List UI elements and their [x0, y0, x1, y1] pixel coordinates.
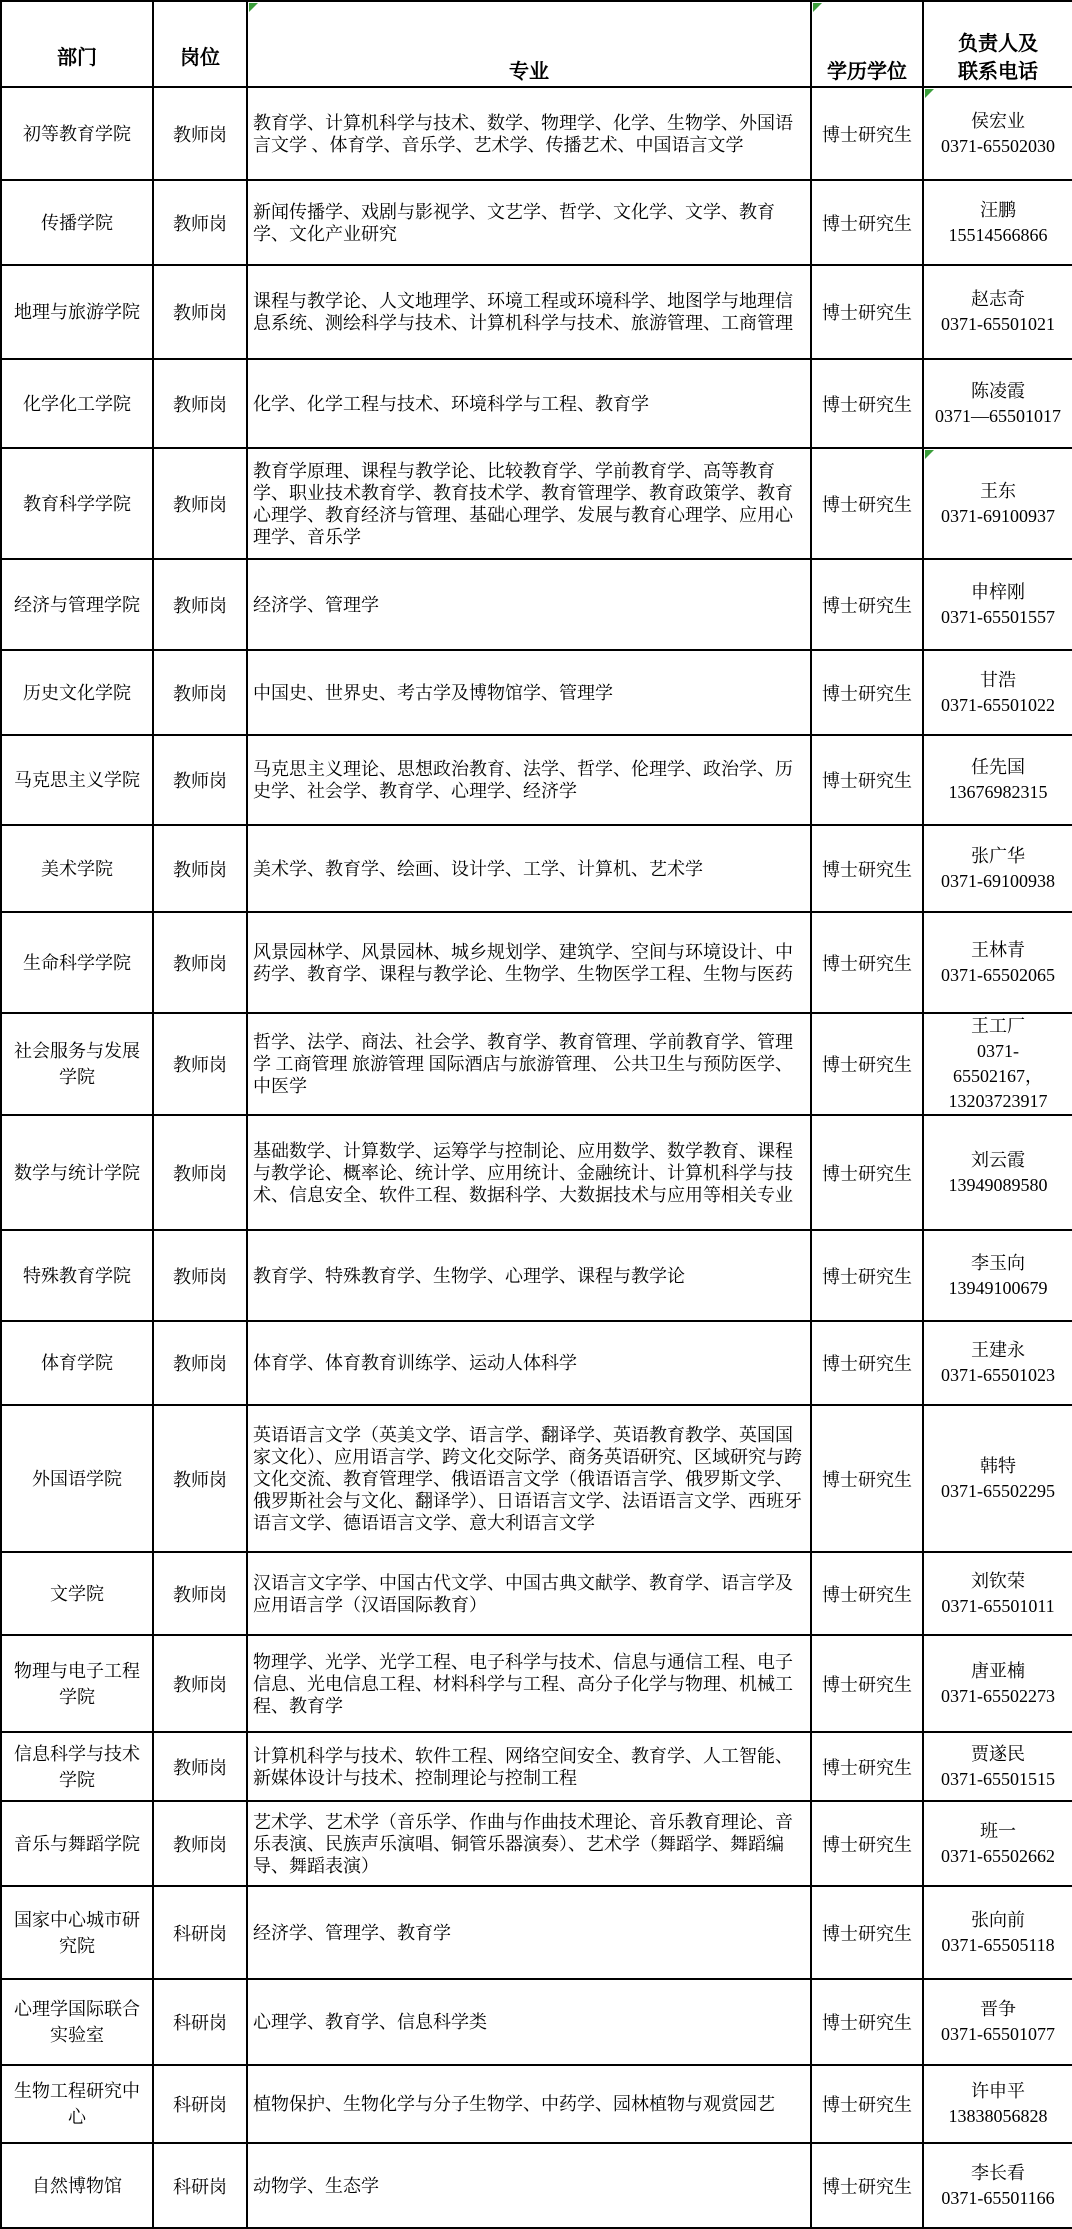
position-cell: 教师岗 [153, 1552, 247, 1635]
table-row: 历史文化学院教师岗中国史、世界史、考古学及博物馆学、管理学博士研究生甘浩 037… [1, 650, 1072, 735]
contact-cell: 唐亚楠 0371-65502273 [923, 1635, 1072, 1732]
recruitment-table: 部门 岗位 专业 学历学位 负责人及 联系电话 初等教育学院教师岗教育学、计算机… [0, 0, 1072, 2229]
department-cell: 数学与统计学院 [1, 1115, 153, 1230]
contact-cell: 赵志奇 0371-65501021 [923, 265, 1072, 359]
excel-error-indicator-icon [249, 3, 258, 12]
department-cell: 生物工程研究中 心 [1, 2065, 153, 2143]
position-cell: 科研岗 [153, 2143, 247, 2228]
position-cell: 教师岗 [153, 1732, 247, 1801]
position-cell: 教师岗 [153, 448, 247, 559]
department-cell: 外国语学院 [1, 1405, 153, 1552]
department-cell: 化学化工学院 [1, 359, 153, 448]
degree-cell: 博士研究生 [811, 2065, 923, 2143]
major-cell: 教育学、计算机科学与技术、数学、物理学、化学、生物学、外国语言文学 、体育学、音… [247, 87, 811, 180]
contact-cell: 甘浩 0371-65501022 [923, 650, 1072, 735]
position-cell: 教师岗 [153, 1801, 247, 1886]
degree-cell: 博士研究生 [811, 359, 923, 448]
position-cell: 教师岗 [153, 912, 247, 1013]
department-cell: 经济与管理学院 [1, 559, 153, 650]
degree-cell: 博士研究生 [811, 559, 923, 650]
degree-cell: 博士研究生 [811, 1013, 923, 1115]
position-cell: 教师岗 [153, 1230, 247, 1321]
major-cell: 体育学、体育教育训练学、运动人体科学 [247, 1321, 811, 1405]
major-cell: 哲学、法学、商法、社会学、教育学、教育管理、学前教育学、管理学 工商管理 旅游管… [247, 1013, 811, 1115]
position-cell: 教师岗 [153, 650, 247, 735]
major-cell: 物理学、光学、光学工程、电子科学与技术、信息与通信工程、电子信息、光电信息工程、… [247, 1635, 811, 1732]
table-row: 社会服务与发展 学院教师岗哲学、法学、商法、社会学、教育学、教育管理、学前教育学… [1, 1013, 1072, 1115]
table-row: 美术学院教师岗美术学、教育学、绘画、设计学、工学、计算机、艺术学博士研究生张广华… [1, 825, 1072, 912]
major-cell: 中国史、世界史、考古学及博物馆学、管理学 [247, 650, 811, 735]
table-row: 体育学院教师岗体育学、体育教育训练学、运动人体科学博士研究生王建永 0371-6… [1, 1321, 1072, 1405]
contact-cell: 王林青 0371-65502065 [923, 912, 1072, 1013]
excel-error-indicator-icon [925, 450, 934, 459]
degree-cell: 博士研究生 [811, 180, 923, 265]
header-contact-label: 负责人及 联系电话 [958, 33, 1038, 83]
position-cell: 教师岗 [153, 825, 247, 912]
major-cell: 美术学、教育学、绘画、设计学、工学、计算机、艺术学 [247, 825, 811, 912]
major-cell: 风景园林学、风景园林、城乡规划学、建筑学、空间与环境设计、中药学、教育学、课程与… [247, 912, 811, 1013]
contact-cell: 任先国 13676982315 [923, 735, 1072, 825]
department-cell: 特殊教育学院 [1, 1230, 153, 1321]
header-major-label: 专业 [509, 61, 549, 83]
position-cell: 教师岗 [153, 1405, 247, 1552]
table-row: 地理与旅游学院教师岗课程与教学论、人文地理学、环境工程或环境科学、地图学与地理信… [1, 265, 1072, 359]
header-department: 部门 [1, 1, 153, 87]
department-cell: 马克思主义学院 [1, 735, 153, 825]
degree-cell: 博士研究生 [811, 1732, 923, 1801]
degree-cell: 博士研究生 [811, 1552, 923, 1635]
major-cell: 动物学、生态学 [247, 2143, 811, 2228]
major-cell: 新闻传播学、戏剧与影视学、文艺学、哲学、文化学、文学、教育学、文化产业研究 [247, 180, 811, 265]
position-cell: 教师岗 [153, 1321, 247, 1405]
contact-cell: 贾遂民 0371-65501515 [923, 1732, 1072, 1801]
header-major: 专业 [247, 1, 811, 87]
department-cell: 国家中心城市研 究院 [1, 1886, 153, 1979]
contact-cell: 李长看 0371-65501166 [923, 2143, 1072, 2228]
department-cell: 教育科学学院 [1, 448, 153, 559]
department-cell: 历史文化学院 [1, 650, 153, 735]
major-cell: 教育学、特殊教育学、生物学、心理学、课程与教学论 [247, 1230, 811, 1321]
degree-cell: 博士研究生 [811, 1886, 923, 1979]
position-cell: 科研岗 [153, 2065, 247, 2143]
major-cell: 基础数学、计算数学、运筹学与控制论、应用数学、数学教育、课程与教学论、概率论、统… [247, 1115, 811, 1230]
table-row: 音乐与舞蹈学院教师岗艺术学、艺术学（音乐学、作曲与作曲技术理论、音乐教育理论、音… [1, 1801, 1072, 1886]
major-cell: 经济学、管理学、教育学 [247, 1886, 811, 1979]
degree-cell: 博士研究生 [811, 1801, 923, 1886]
position-cell: 科研岗 [153, 1979, 247, 2065]
major-cell: 艺术学、艺术学（音乐学、作曲与作曲技术理论、音乐教育理论、音乐表演、民族声乐演唱… [247, 1801, 811, 1886]
table-row: 信息科学与技术 学院教师岗计算机科学与技术、软件工程、网络空间安全、教育学、人工… [1, 1732, 1072, 1801]
header-position-label: 岗位 [180, 47, 220, 69]
table-row: 化学化工学院教师岗化学、化学工程与技术、环境科学与工程、教育学博士研究生陈凌霞 … [1, 359, 1072, 448]
degree-cell: 博士研究生 [811, 735, 923, 825]
table-row: 生命科学学院教师岗风景园林学、风景园林、城乡规划学、建筑学、空间与环境设计、中药… [1, 912, 1072, 1013]
degree-cell: 博士研究生 [811, 1115, 923, 1230]
position-cell: 教师岗 [153, 265, 247, 359]
department-cell: 社会服务与发展 学院 [1, 1013, 153, 1115]
header-position: 岗位 [153, 1, 247, 87]
table-row: 特殊教育学院教师岗教育学、特殊教育学、生物学、心理学、课程与教学论博士研究生李玉… [1, 1230, 1072, 1321]
contact-cell: 侯宏业 0371-65502030 [923, 87, 1072, 180]
table-row: 经济与管理学院教师岗经济学、管理学博士研究生申梓刚 0371-65501557 [1, 559, 1072, 650]
contact-cell: 陈凌霞 0371—65501017 [923, 359, 1072, 448]
degree-cell: 博士研究生 [811, 1635, 923, 1732]
header-degree: 学历学位 [811, 1, 923, 87]
excel-error-indicator-icon [813, 3, 822, 12]
major-cell: 化学、化学工程与技术、环境科学与工程、教育学 [247, 359, 811, 448]
major-cell: 汉语言文字学、中国古代文学、中国古典文献学、教育学、语言学及应用语言学（汉语国际… [247, 1552, 811, 1635]
department-cell: 自然博物馆 [1, 2143, 153, 2228]
table-row: 初等教育学院教师岗教育学、计算机科学与技术、数学、物理学、化学、生物学、外国语言… [1, 87, 1072, 180]
degree-cell: 博士研究生 [811, 650, 923, 735]
position-cell: 教师岗 [153, 87, 247, 180]
table-row: 教育科学学院教师岗教育学原理、课程与教学论、比较教育学、学前教育学、高等教育学、… [1, 448, 1072, 559]
degree-cell: 博士研究生 [811, 1979, 923, 2065]
table-row: 生物工程研究中 心科研岗植物保护、生物化学与分子生物学、中药学、园林植物与观赏园… [1, 2065, 1072, 2143]
contact-cell: 班一 0371-65502662 [923, 1801, 1072, 1886]
table-row: 自然博物馆科研岗动物学、生态学博士研究生李长看 0371-65501166 [1, 2143, 1072, 2228]
department-cell: 文学院 [1, 1552, 153, 1635]
contact-cell: 汪鹏 15514566866 [923, 180, 1072, 265]
contact-cell: 刘钦荣 0371-65501011 [923, 1552, 1072, 1635]
contact-cell: 刘云霞 13949089580 [923, 1115, 1072, 1230]
table-row: 外国语学院教师岗英语语言文学（英美文学、语言学、翻译学、英语教育教学、英国国家文… [1, 1405, 1072, 1552]
department-cell: 传播学院 [1, 180, 153, 265]
contact-cell: 李玉向 13949100679 [923, 1230, 1072, 1321]
table-row: 传播学院教师岗新闻传播学、戏剧与影视学、文艺学、哲学、文化学、文学、教育学、文化… [1, 180, 1072, 265]
degree-cell: 博士研究生 [811, 265, 923, 359]
table-row: 物理与电子工程 学院教师岗物理学、光学、光学工程、电子科学与技术、信息与通信工程… [1, 1635, 1072, 1732]
contact-cell: 申梓刚 0371-65501557 [923, 559, 1072, 650]
department-cell: 心理学国际联合 实验室 [1, 1979, 153, 2065]
department-cell: 体育学院 [1, 1321, 153, 1405]
degree-cell: 博士研究生 [811, 825, 923, 912]
department-cell: 音乐与舞蹈学院 [1, 1801, 153, 1886]
position-cell: 科研岗 [153, 1886, 247, 1979]
major-cell: 植物保护、生物化学与分子生物学、中药学、园林植物与观赏园艺 [247, 2065, 811, 2143]
major-cell: 计算机科学与技术、软件工程、网络空间安全、教育学、人工智能、新媒体设计与技术、控… [247, 1732, 811, 1801]
table-row: 马克思主义学院教师岗马克思主义理论、思想政治教育、法学、哲学、伦理学、政治学、历… [1, 735, 1072, 825]
contact-cell: 许申平 13838056828 [923, 2065, 1072, 2143]
recruitment-sheet: 部门 岗位 专业 学历学位 负责人及 联系电话 初等教育学院教师岗教育学、计算机… [0, 0, 1072, 2229]
excel-error-indicator-icon [925, 89, 934, 98]
degree-cell: 博士研究生 [811, 87, 923, 180]
degree-cell: 博士研究生 [811, 1321, 923, 1405]
table-row: 心理学国际联合 实验室科研岗心理学、教育学、信息科学类博士研究生晋争 0371-… [1, 1979, 1072, 2065]
position-cell: 教师岗 [153, 735, 247, 825]
department-cell: 美术学院 [1, 825, 153, 912]
position-cell: 教师岗 [153, 359, 247, 448]
position-cell: 教师岗 [153, 180, 247, 265]
contact-cell: 张广华 0371-69100938 [923, 825, 1072, 912]
header-degree-label: 学历学位 [827, 61, 907, 83]
department-cell: 初等教育学院 [1, 87, 153, 180]
major-cell: 教育学原理、课程与教学论、比较教育学、学前教育学、高等教育学、职业技术教育学、教… [247, 448, 811, 559]
major-cell: 课程与教学论、人文地理学、环境工程或环境科学、地图学与地理信息系统、测绘科学与技… [247, 265, 811, 359]
contact-cell: 王建永 0371-65501023 [923, 1321, 1072, 1405]
position-cell: 教师岗 [153, 1115, 247, 1230]
department-cell: 地理与旅游学院 [1, 265, 153, 359]
table-row: 数学与统计学院教师岗基础数学、计算数学、运筹学与控制论、应用数学、数学教育、课程… [1, 1115, 1072, 1230]
contact-cell: 韩特 0371-65502295 [923, 1405, 1072, 1552]
header-row: 部门 岗位 专业 学历学位 负责人及 联系电话 [1, 1, 1072, 87]
department-cell: 信息科学与技术 学院 [1, 1732, 153, 1801]
major-cell: 马克思主义理论、思想政治教育、法学、哲学、伦理学、政治学、历史学、社会学、教育学… [247, 735, 811, 825]
table-row: 文学院教师岗汉语言文字学、中国古代文学、中国古典文献学、教育学、语言学及应用语言… [1, 1552, 1072, 1635]
position-cell: 教师岗 [153, 559, 247, 650]
department-cell: 物理与电子工程 学院 [1, 1635, 153, 1732]
major-cell: 心理学、教育学、信息科学类 [247, 1979, 811, 2065]
department-cell: 生命科学学院 [1, 912, 153, 1013]
header-contact: 负责人及 联系电话 [923, 1, 1072, 87]
position-cell: 教师岗 [153, 1013, 247, 1115]
contact-cell: 张向前 0371-65505118 [923, 1886, 1072, 1979]
degree-cell: 博士研究生 [811, 2143, 923, 2228]
table-body: 初等教育学院教师岗教育学、计算机科学与技术、数学、物理学、化学、生物学、外国语言… [1, 87, 1072, 2228]
header-department-label: 部门 [57, 47, 97, 69]
degree-cell: 博士研究生 [811, 1405, 923, 1552]
contact-cell: 晋争 0371-65501077 [923, 1979, 1072, 2065]
major-cell: 经济学、管理学 [247, 559, 811, 650]
position-cell: 教师岗 [153, 1635, 247, 1732]
degree-cell: 博士研究生 [811, 448, 923, 559]
degree-cell: 博士研究生 [811, 912, 923, 1013]
contact-cell: 王工厂 0371- 65502167， 13203723917 [923, 1013, 1072, 1115]
major-cell: 英语语言文学（英美文学、语言学、翻译学、英语教育教学、英国国家文化）、应用语言学… [247, 1405, 811, 1552]
degree-cell: 博士研究生 [811, 1230, 923, 1321]
table-row: 国家中心城市研 究院科研岗经济学、管理学、教育学博士研究生张向前 0371-65… [1, 1886, 1072, 1979]
contact-cell: 王东 0371-69100937 [923, 448, 1072, 559]
